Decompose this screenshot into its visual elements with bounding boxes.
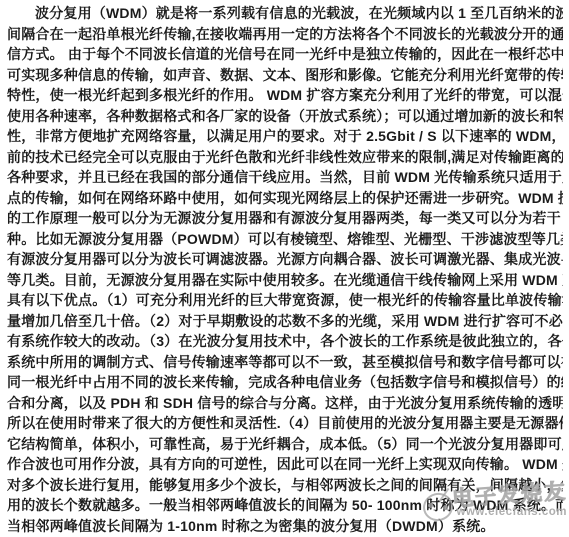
text-line: 间隔合在一起沿单根光纤传输,在接收端再用一定的方法将各个不同波长的光载波分开的通	[7, 24, 563, 45]
text-line: 对多个波长进行复用，能够复用多少个波长，与相邻两波长之间的间隔有关，间隔越小，复	[7, 475, 563, 496]
text-line: 作合波也可用作分波，具有方向的可逆性，因此可以在同一光纤上实现双向传输。 WDM…	[7, 454, 563, 475]
text-line: 可实现多种信息的传输，如声音、数据、文本、图形和影像。它能充分利用光纤宽带的传输	[7, 65, 563, 86]
text-line: 特性，使一根光纤起到多根光纤的作用。 WDM 扩容方案充分利用了光纤的带宽，可以…	[7, 85, 563, 106]
text-line: 点的传输，如何在网络环路中使用，如何实现光网络层上的保护还需进一步研究。WDM …	[7, 188, 563, 209]
document-page: 波分复用（WDM）就是将一系列载有信息的光载波，在光频域内以 1 至几百纳米的波…	[0, 0, 569, 537]
text-line: 使用各种速率，各种数据格式和各厂家的设备（开放式系统）；可以通过增加新的波长和特	[7, 106, 563, 127]
text-line: 它结构简单，体积小，可靠性高，易于光纤耦合，成本低。（5）同一个光波分复用器即可…	[7, 434, 563, 455]
text-line: 等几类。目前，无源波分复用器在实际中使用较多。在光缆通信干线传输网上采用 WDM…	[7, 270, 563, 291]
text-line: 同一根光纤中占用不同的波长来传输，完成各种电信业务（包括数字信号和模拟信号）的综	[7, 372, 563, 393]
text-line: 前的技术已经完全可以克服由于光纤色散和光纤非线性效应带来的限制,满足对传输距离的	[7, 147, 563, 168]
body-text: 波分复用（WDM）就是将一系列载有信息的光载波，在光频域内以 1 至几百纳米的波…	[7, 3, 563, 536]
text-line: 性，非常方便地扩充网络容量，以满足用户的要求。对于 2.5Gbit / S 以下…	[7, 126, 563, 147]
text-line: 所以在使用时带来了很大的方便性和灵活性.（4）目前使用的光波分复用器主要是无源器…	[7, 413, 563, 434]
text-line: 当相邻两峰值波长间隔为 1-10nm 时称之为密集的波分复用（DWDM）系统。	[7, 516, 563, 537]
text-line: 有系统作较大的改动。（3）在光波分复用技术中，各个波长的工作系统是彼此独立的，各…	[7, 331, 563, 352]
text-line: 波分复用（WDM）就是将一系列载有信息的光载波，在光频域内以 1 至几百纳米的波…	[7, 3, 563, 24]
text-line: 用的波长个数就越多。一般当相邻两峰值波长的间隔为 50- 100nm 时称为 W…	[7, 495, 563, 516]
text-line: 种。比如无源波分复用器（POWDM）可以有棱镜型、熔锥型、光栅型、干涉滤波型等几…	[7, 229, 563, 250]
text-line: 有源波分复用器可以分为波长可调滤波器。光源方向耦合器、波长可调激光器、集成光波导	[7, 249, 563, 270]
text-line: 量增加几倍至几十倍。（2）对于早期敷设的芯数不多的光缆，采用 WDM 进行扩容可…	[7, 311, 563, 332]
text-line: 信方式。 由于每个不同波长信道的光信号在同一光纤中是独立传输的，因此在一根纤芯中	[7, 44, 563, 65]
text-line: 具有以下优点。（1）可充分利用光纤的巨大带宽资源，使一根光纤的传输容量比单波传输…	[7, 290, 563, 311]
text-line: 各种要求，并且已经在我国的部分通信干线应用。当然，目前 WDM 光传输系统只适用…	[7, 167, 563, 188]
text-line: 合和分离，以及 PDH 和 SDH 信号的综合与分离。这样，由于光波分复用系统传…	[7, 393, 563, 414]
text-line: 的工作原理一般可以分为无源波分复用器和有源波分复用器两类，每一类又可以分为若干	[7, 208, 563, 229]
text-line: 系统中所用的调制方式、信号传输速率等都可以不一致，甚至模拟信号和数字信号都可以在	[7, 352, 563, 373]
